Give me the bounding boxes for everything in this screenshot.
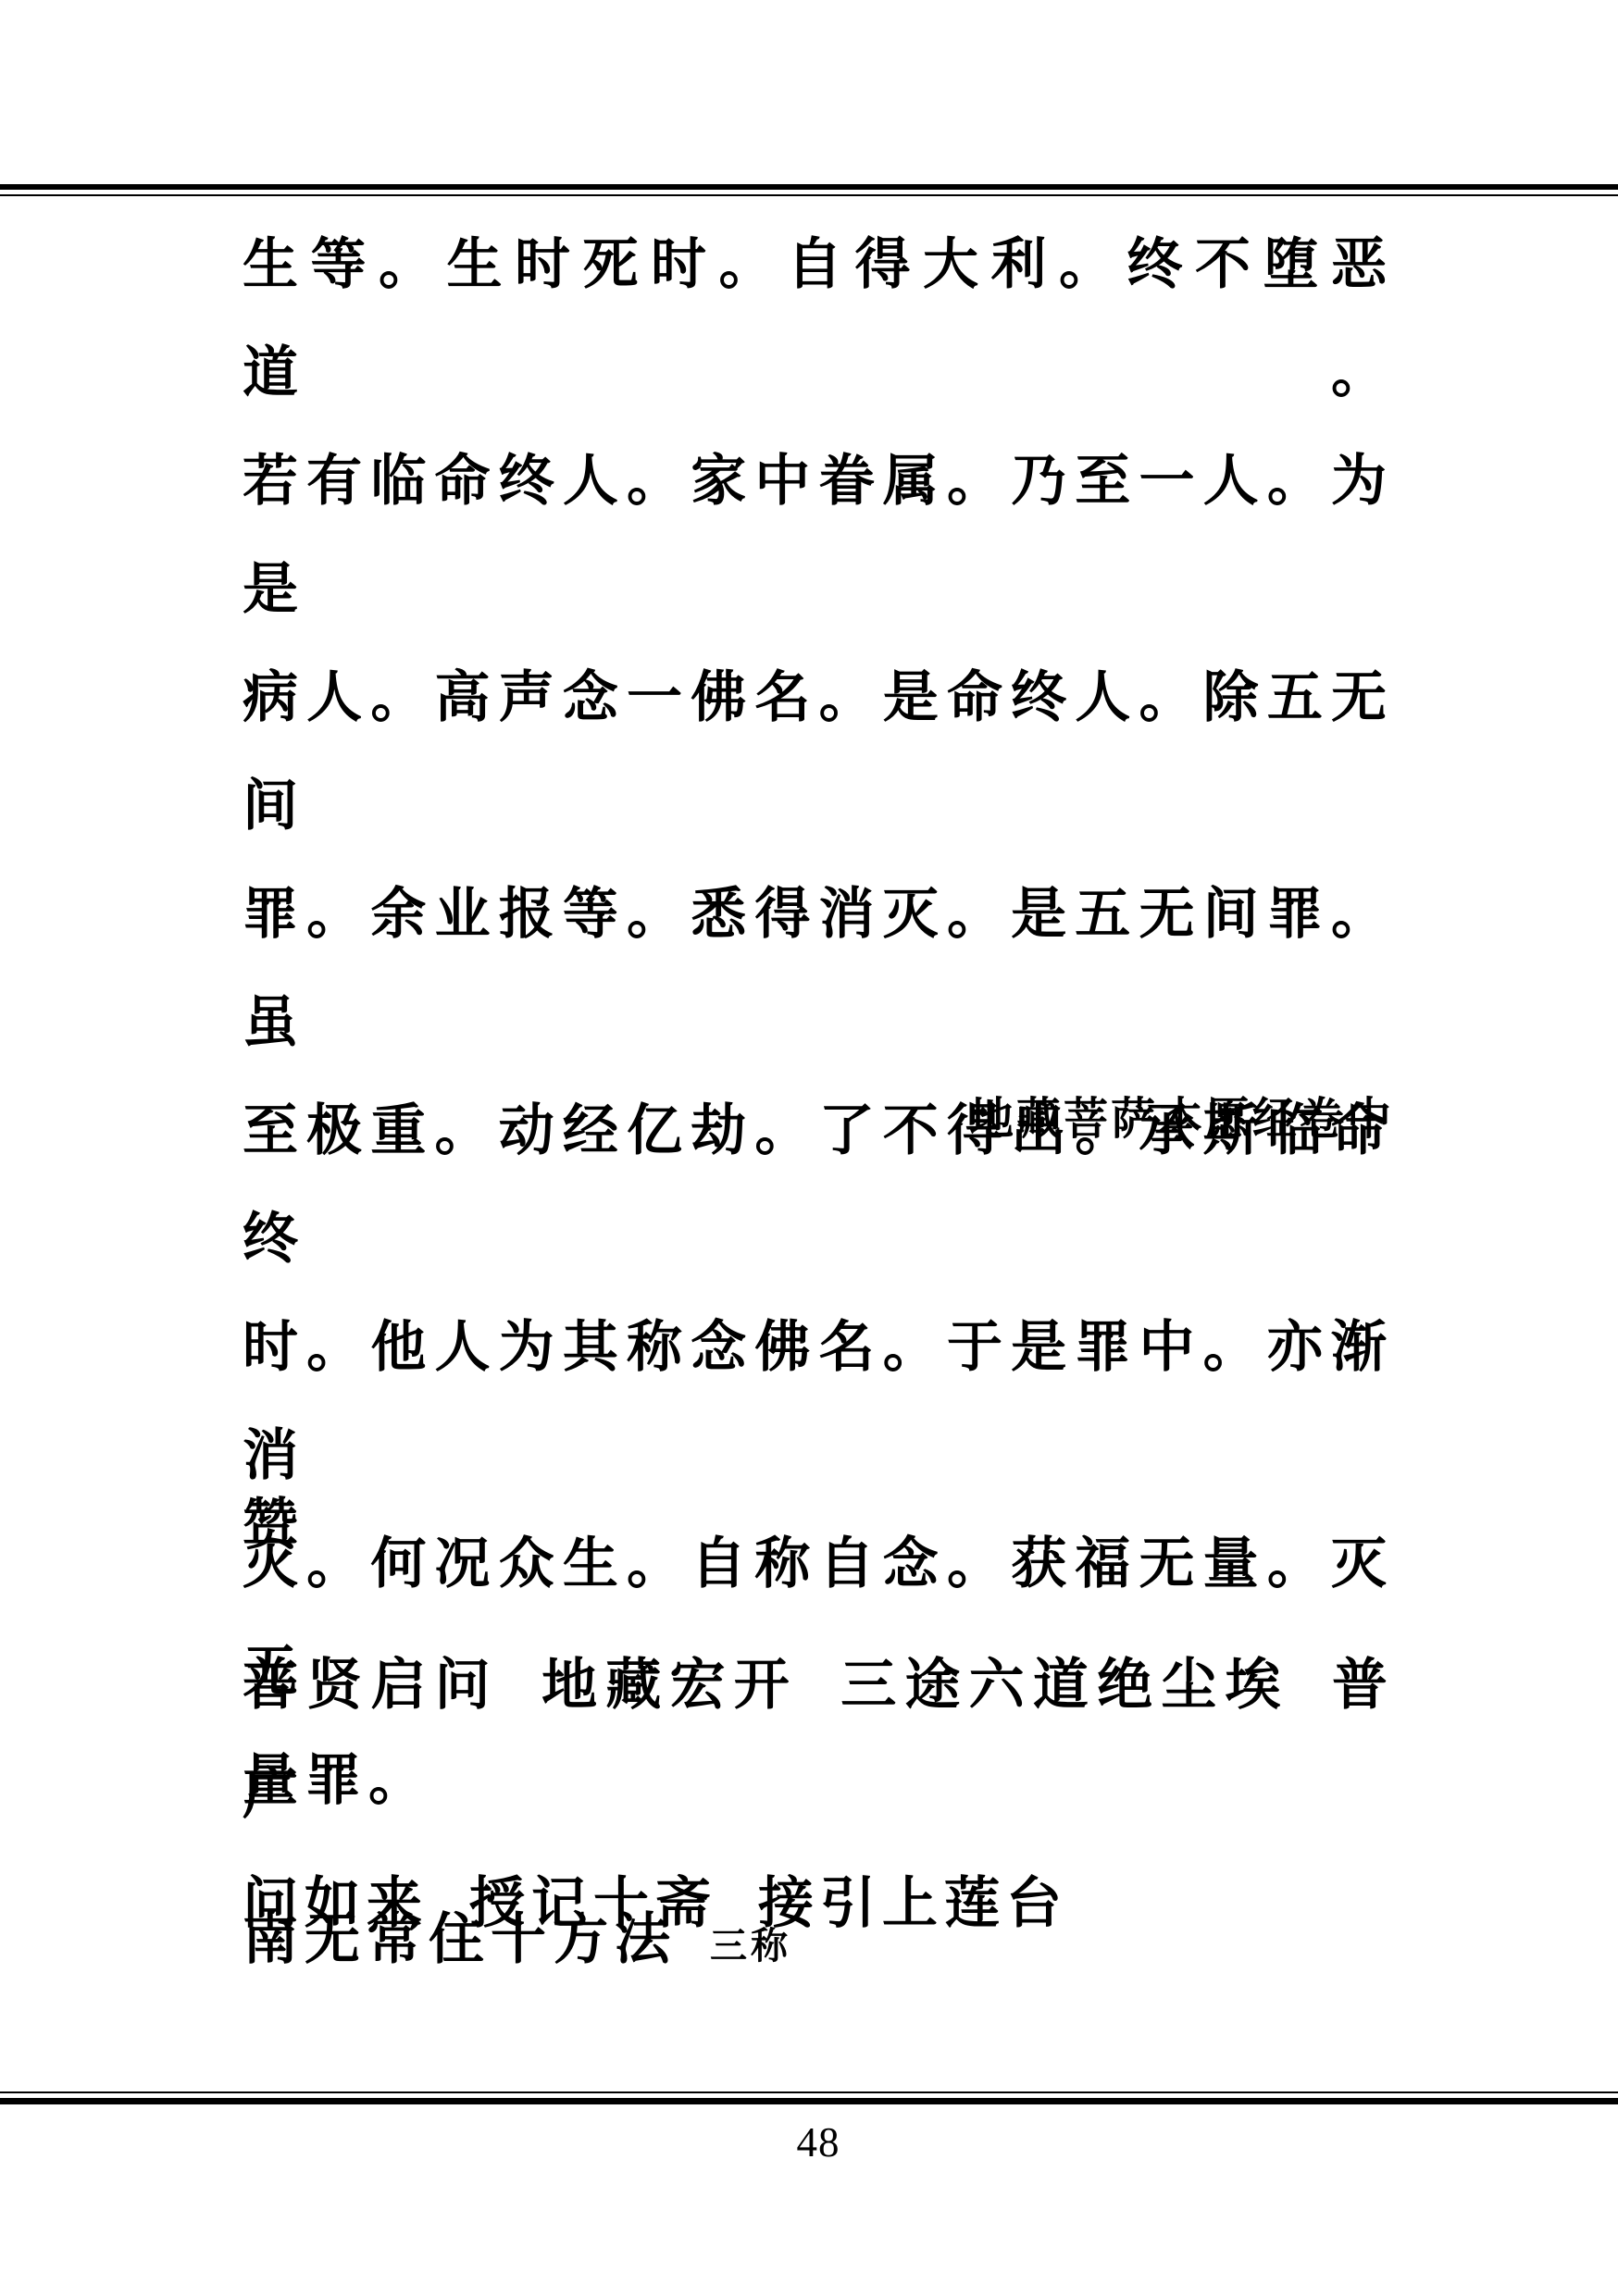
recitation-line: 南无常住十方法三称 [243, 1903, 1394, 1983]
recitation-text: 南无常住十方法 [243, 1909, 677, 1970]
verse-line: 普贤启问 地藏宏开 三途六道绝尘埃 普广 [243, 1631, 1394, 1849]
sutra-text-line: 罪。余业报等。悉得消灭。是五无间罪。虽 [243, 861, 1394, 1077]
sutra-text-line: 时。他人为其称念佛名。于是罪中。亦渐消 [243, 1294, 1394, 1510]
recitation-count-note: 三称 [710, 1925, 791, 1967]
sutra-body: 生等。生时死时。自得大利。终不堕恶道。 若有临命终人。家中眷属。乃至一人。为是 … [243, 211, 1394, 1835]
page-number: 48 [243, 2119, 1394, 2166]
sutra-text-line: 生等。生时死时。自得大利。终不堕恶道。 [243, 211, 1394, 428]
section-heading-zan: 赞 [243, 1488, 298, 1562]
top-rule-thin [0, 194, 1618, 196]
top-rule-thick [0, 184, 1618, 190]
sutra-text-line: 若有临命终人。家中眷属。乃至一人。为是 [243, 428, 1394, 644]
sutra-page: 生等。生时死时。自得大利。终不堕恶道。 若有临命终人。家中眷属。乃至一人。为是 … [0, 0, 1618, 2296]
sutra-text-line: 病人。高声念一佛名。是命终人。除五无间 [243, 644, 1394, 861]
scripture-attribution: 地藏菩萨本愿经卷中 [243, 1085, 1394, 1155]
bottom-rule-thin [0, 2091, 1618, 2093]
bottom-rule-thick [0, 2098, 1618, 2104]
